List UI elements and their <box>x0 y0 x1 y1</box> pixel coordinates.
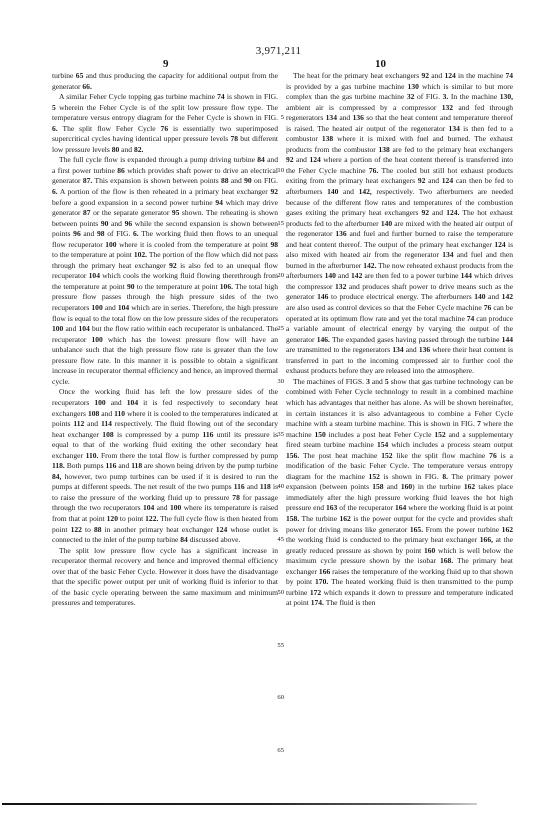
reference-numeral: 100 <box>94 398 105 407</box>
reference-numeral: 138 <box>379 145 390 154</box>
reference-numeral: 130 <box>408 82 419 91</box>
reference-numeral: 76 <box>489 451 497 460</box>
reference-numeral: 100 <box>170 503 181 512</box>
reference-numeral: 134 <box>326 113 337 122</box>
column-number-right: 10 <box>375 58 386 70</box>
reference-numeral: 136 <box>335 229 346 238</box>
reference-numeral: 74 <box>217 92 225 101</box>
reference-numeral: 110. <box>86 451 99 460</box>
left-text-column: turbine 65 and thus producing the capaci… <box>52 71 278 609</box>
reference-numeral: 5 <box>385 377 389 386</box>
reference-numeral: 104 <box>118 303 129 312</box>
reference-numeral: 146 <box>317 292 328 301</box>
reference-numeral: 172 <box>310 588 321 597</box>
reference-numeral: 92 <box>418 176 426 185</box>
reference-numeral: 90 <box>127 282 135 291</box>
reference-numeral: 65 <box>76 71 84 80</box>
reference-numeral: 165. <box>410 525 423 534</box>
reference-numeral: 5 <box>52 103 56 112</box>
reference-numeral: 140 <box>474 292 485 301</box>
line-number: 65 <box>277 746 284 757</box>
line-number: 50 <box>277 588 284 599</box>
reference-numeral: 116 <box>203 430 214 439</box>
reference-numeral: 163 <box>326 503 337 512</box>
paragraph: The machines of FIGS. 3 and 5 show that … <box>286 377 513 609</box>
line-number: 10 <box>277 166 284 177</box>
reference-numeral: 144 <box>502 335 513 344</box>
reference-numeral: 152 <box>434 430 445 439</box>
reference-numeral: 132 <box>335 282 346 291</box>
reference-numeral: 76 <box>161 124 169 133</box>
reference-numeral: 90 <box>101 219 109 228</box>
reference-numeral: 138 <box>322 134 333 143</box>
line-number: 45 <box>277 535 284 546</box>
reference-numeral: 162 <box>464 482 475 491</box>
reference-numeral: 92 <box>422 208 430 217</box>
reference-numeral: 142 <box>351 271 362 280</box>
reference-numeral: 152 <box>381 451 392 460</box>
column-number-left: 9 <box>163 58 169 70</box>
reference-numeral: 90 <box>244 176 252 185</box>
reference-numeral: 100 <box>105 240 116 249</box>
reference-numeral: 108 <box>88 409 99 418</box>
reference-numeral: 168. <box>440 556 453 565</box>
reference-numeral: 78 <box>230 134 238 143</box>
reference-numeral: 124. <box>446 208 459 217</box>
reference-numeral: 98 <box>270 240 278 249</box>
reference-numeral: 158. <box>286 514 299 523</box>
reference-numeral: 106. <box>220 282 233 291</box>
reference-numeral: 174. <box>311 598 324 607</box>
reference-numeral: 160 <box>401 482 412 491</box>
reference-numeral: 6. <box>52 124 58 133</box>
reference-numeral: 144 <box>461 271 472 280</box>
reference-numeral: 87 <box>83 208 91 217</box>
reference-numeral: 116 <box>105 461 116 470</box>
reference-numeral: 140 <box>381 219 392 228</box>
reference-numeral: 118 <box>131 461 142 470</box>
reference-numeral: 154 <box>377 440 388 449</box>
reference-numeral: 122 <box>71 525 82 534</box>
reference-numeral: 150 <box>314 430 325 439</box>
reference-numeral: 136 <box>419 345 430 354</box>
reference-numeral: 92 <box>422 71 430 80</box>
line-number: 35 <box>277 430 284 441</box>
paragraph: turbine 65 and thus producing the capaci… <box>52 71 278 92</box>
reference-numeral: 118 <box>260 482 271 491</box>
reference-numeral: 80 <box>112 145 120 154</box>
reference-numeral: 100 <box>91 335 102 344</box>
reference-numeral: 162 <box>502 525 513 534</box>
reference-numeral: 118. <box>52 461 65 470</box>
reference-numeral: 84 <box>180 535 188 544</box>
reference-numeral: 92 <box>270 187 278 196</box>
reference-numeral: 92 <box>169 261 177 270</box>
reference-numeral: 134 <box>442 250 453 259</box>
reference-numeral: 3 <box>366 377 370 386</box>
reference-numeral: 78 <box>232 493 240 502</box>
reference-numeral: 7 <box>477 419 481 428</box>
reference-numeral: 140 <box>325 271 336 280</box>
reference-numeral: 134 <box>392 345 403 354</box>
reference-numeral: 104 <box>143 503 154 512</box>
reference-numeral: 84 <box>257 155 265 164</box>
reference-numeral: 130, <box>500 92 513 101</box>
reference-numeral: 108 <box>102 430 113 439</box>
reference-numeral: 160 <box>424 546 435 555</box>
reference-numeral: 96 <box>73 229 81 238</box>
reference-numeral: 94 <box>215 198 223 207</box>
patent-number: 3,971,211 <box>0 45 557 57</box>
paragraph: The heat for the primary heat exchangers… <box>286 71 513 377</box>
reference-numeral: 82. <box>134 145 143 154</box>
reference-numeral: 3. <box>443 92 449 101</box>
reference-numeral: 104 <box>127 398 138 407</box>
reference-numeral: 104 <box>89 271 100 280</box>
reference-numeral: 110 <box>114 409 125 418</box>
reference-numeral: 120 <box>107 514 118 523</box>
reference-numeral: 100 <box>91 303 102 312</box>
line-number: 30 <box>277 377 284 388</box>
reference-numeral: 86 <box>117 166 125 175</box>
reference-numeral: 8. <box>442 472 448 481</box>
reference-numeral: 142, <box>359 187 372 196</box>
paragraph: Once the working fluid has left the low … <box>52 387 278 545</box>
reference-numeral: 88 <box>94 525 102 534</box>
reference-numeral: 100 <box>52 324 63 333</box>
reference-numeral: 136 <box>353 113 364 122</box>
line-number: 5 <box>281 113 284 124</box>
reference-numeral: 96 <box>125 219 133 228</box>
reference-numeral: 134 <box>449 124 460 133</box>
page-bottom-rule <box>2 803 477 805</box>
reference-numeral: 132 <box>442 103 453 112</box>
line-number: 25 <box>277 324 284 335</box>
reference-numeral: 140 <box>327 187 338 196</box>
reference-numeral: 146. <box>317 335 330 344</box>
reference-numeral: 74 <box>467 314 475 323</box>
reference-numeral: 122. <box>145 514 158 523</box>
reference-numeral: 76 <box>484 303 492 312</box>
reference-numeral: 104 <box>79 324 90 333</box>
reference-numeral: 124 <box>444 71 455 80</box>
reference-numeral: 116 <box>234 482 245 491</box>
reference-numeral: 124 <box>216 525 227 534</box>
reference-numeral: 74 <box>505 71 513 80</box>
reference-numeral: 102. <box>134 250 147 259</box>
line-number: 60 <box>277 693 284 704</box>
reference-numeral: 164 <box>395 503 406 512</box>
reference-numeral: 158 <box>372 482 383 491</box>
reference-numeral: 142. <box>363 261 376 270</box>
reference-numeral: 88 <box>221 176 229 185</box>
reference-numeral: 166, <box>480 535 493 544</box>
reference-numeral: 6. <box>52 187 58 196</box>
reference-numeral: 32 <box>407 92 415 101</box>
reference-numeral: 114 <box>101 419 112 428</box>
paragraph: A similar Feher Cycle topping gas turbin… <box>52 92 278 155</box>
reference-numeral: 66. <box>82 82 91 91</box>
reference-numeral: 124 <box>309 155 320 164</box>
reference-numeral: 124 <box>494 240 505 249</box>
paragraph: The full cycle flow is expanded through … <box>52 155 278 387</box>
reference-numeral: 156. <box>286 451 299 460</box>
reference-numeral: 112 <box>73 419 84 428</box>
line-number: 55 <box>277 641 284 652</box>
reference-numeral: 95 <box>172 208 180 217</box>
reference-numeral: 124 <box>442 176 453 185</box>
reference-numeral: 76. <box>369 166 378 175</box>
reference-numeral: 98 <box>97 229 105 238</box>
reference-numeral: 84, <box>52 472 61 481</box>
line-number: 20 <box>277 271 284 282</box>
reference-numeral: 170. <box>315 577 328 586</box>
reference-numeral: 162 <box>339 514 350 523</box>
reference-numeral: 87. <box>83 176 92 185</box>
reference-numeral: 166 <box>319 567 330 576</box>
right-text-column: The heat for the primary heat exchangers… <box>286 71 513 609</box>
reference-numeral: 6. <box>133 229 139 238</box>
paragraph: The split low pressure flow cycle has a … <box>52 546 278 609</box>
reference-numeral: 152 <box>369 472 380 481</box>
reference-numeral: 142 <box>502 292 513 301</box>
line-number: 15 <box>277 219 284 230</box>
reference-numeral: 92 <box>286 155 294 164</box>
line-number: 40 <box>277 482 284 493</box>
